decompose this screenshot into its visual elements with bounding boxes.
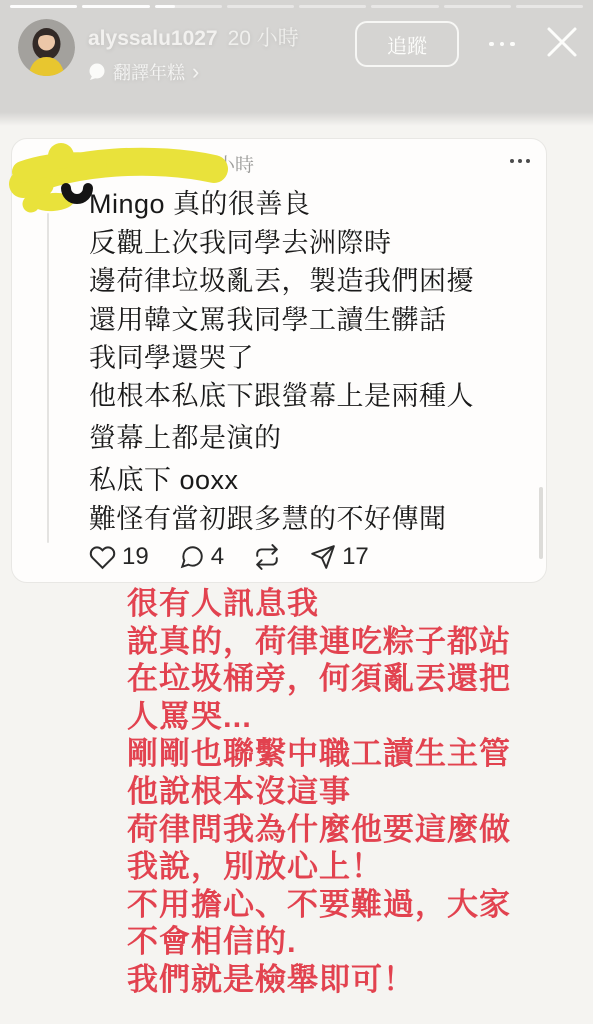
scrollbar-thumb[interactable] <box>539 487 543 559</box>
username[interactable]: alyssalu1027 <box>88 27 218 51</box>
comment-count: 4 <box>211 543 224 571</box>
text-line: 在垃圾桶旁，何須亂丟還把 <box>127 660 587 698</box>
progress-segment <box>10 5 77 8</box>
text-line: 私底下 ooxx <box>89 461 447 500</box>
comment-bubble-icon <box>179 544 205 570</box>
avatar[interactable] <box>18 19 75 76</box>
more-options-icon[interactable] <box>489 38 521 50</box>
post-more-icon[interactable] <box>510 159 530 163</box>
progress-segment <box>444 5 511 8</box>
thread-line <box>47 213 49 543</box>
text-line: 我同學還哭了 <box>89 339 474 378</box>
story-timestamp: 20 小時 <box>228 22 299 52</box>
text-line: 很有人訊息我 <box>127 585 587 623</box>
story-progress-bar <box>0 5 593 8</box>
progress-segment <box>227 5 294 8</box>
post-paragraph: 螢幕上都是演的 <box>89 419 282 458</box>
post-paragraph: 私底下 ooxx難怪有當初跟多慧的不好傳聞 <box>89 461 447 538</box>
progress-segment <box>82 5 149 8</box>
text-line: 反觀上次我同學去洲際時 <box>89 224 474 263</box>
close-icon[interactable] <box>543 23 581 61</box>
text-line: Mingo 真的很善良 <box>89 185 474 224</box>
like-count: 19 <box>122 543 149 571</box>
post-paragraph: 他根本私底下跟螢幕上是兩種人 <box>89 377 474 416</box>
covered-avatar-icon <box>59 179 95 209</box>
translate-caption[interactable]: 翻譯年糕 › <box>88 59 299 85</box>
translate-label: 翻譯年糕 <box>113 59 185 85</box>
progress-segment <box>516 5 583 8</box>
text-line: 荷律問我為什麼他要這麼做 <box>127 811 587 849</box>
post-card: 小時 Mingo 真的很善良反觀上次我同學去洲際時邊荷律垃圾亂丟，製造我們困擾還… <box>11 138 547 583</box>
post-timestamp: 小時 <box>216 150 254 177</box>
story-text-overlay: 很有人訊息我說真的，荷律連吃粽子都站在垃圾桶旁，何須亂丟還把人罵哭...剛剛也聯… <box>127 585 587 999</box>
text-line: 說真的，荷律連吃粽子都站 <box>127 623 587 661</box>
like-button[interactable]: 19 <box>89 543 149 571</box>
text-line: 不用擔心、不要難過，大家 <box>127 886 587 924</box>
text-line: 他根本私底下跟螢幕上是兩種人 <box>89 377 474 416</box>
progress-segment <box>371 5 438 8</box>
follow-button[interactable]: 追蹤 <box>355 21 459 67</box>
heart-icon <box>89 544 116 571</box>
identity-block: alyssalu1027 20 小時 翻譯年糕 › <box>88 22 299 85</box>
top-band-fade <box>0 112 593 126</box>
post-paragraph: Mingo 真的很善良反觀上次我同學去洲際時邊荷律垃圾亂丟，製造我們困擾還用韓文… <box>89 185 474 378</box>
text-line: 他說根本沒這事 <box>127 773 587 811</box>
chevron-right-icon: › <box>192 65 199 79</box>
text-line: 難怪有當初跟多慧的不好傳聞 <box>89 500 447 539</box>
speech-bubble-icon <box>88 63 106 81</box>
text-line: 邊荷律垃圾亂丟，製造我們困擾 <box>89 262 474 301</box>
progress-segment <box>155 5 222 8</box>
repost-icon <box>254 544 280 570</box>
story-screen: alyssalu1027 20 小時 翻譯年糕 › 追蹤 小時 <box>0 0 593 1024</box>
share-count: 17 <box>342 543 369 571</box>
story-header: alyssalu1027 20 小時 翻譯年糕 › 追蹤 <box>0 14 593 94</box>
text-line: 我說，別放心上！ <box>127 848 587 886</box>
share-button[interactable]: 17 <box>310 543 369 571</box>
text-line: 不會相信的. <box>127 923 587 961</box>
progress-segment <box>299 5 366 8</box>
engagement-row: 19 4 <box>89 543 369 571</box>
comment-button[interactable]: 4 <box>179 543 224 571</box>
paper-plane-icon <box>310 544 336 570</box>
text-line: 人罵哭... <box>127 698 587 736</box>
text-line: 剛剛也聯繫中職工讀生主管 <box>127 735 587 773</box>
avatar-image <box>18 19 75 76</box>
repost-button[interactable] <box>254 544 280 570</box>
text-line: 我們就是檢舉即可！ <box>127 961 587 999</box>
text-line: 還用韓文罵我同學工讀生髒話 <box>89 301 474 340</box>
text-line: 螢幕上都是演的 <box>89 419 282 458</box>
